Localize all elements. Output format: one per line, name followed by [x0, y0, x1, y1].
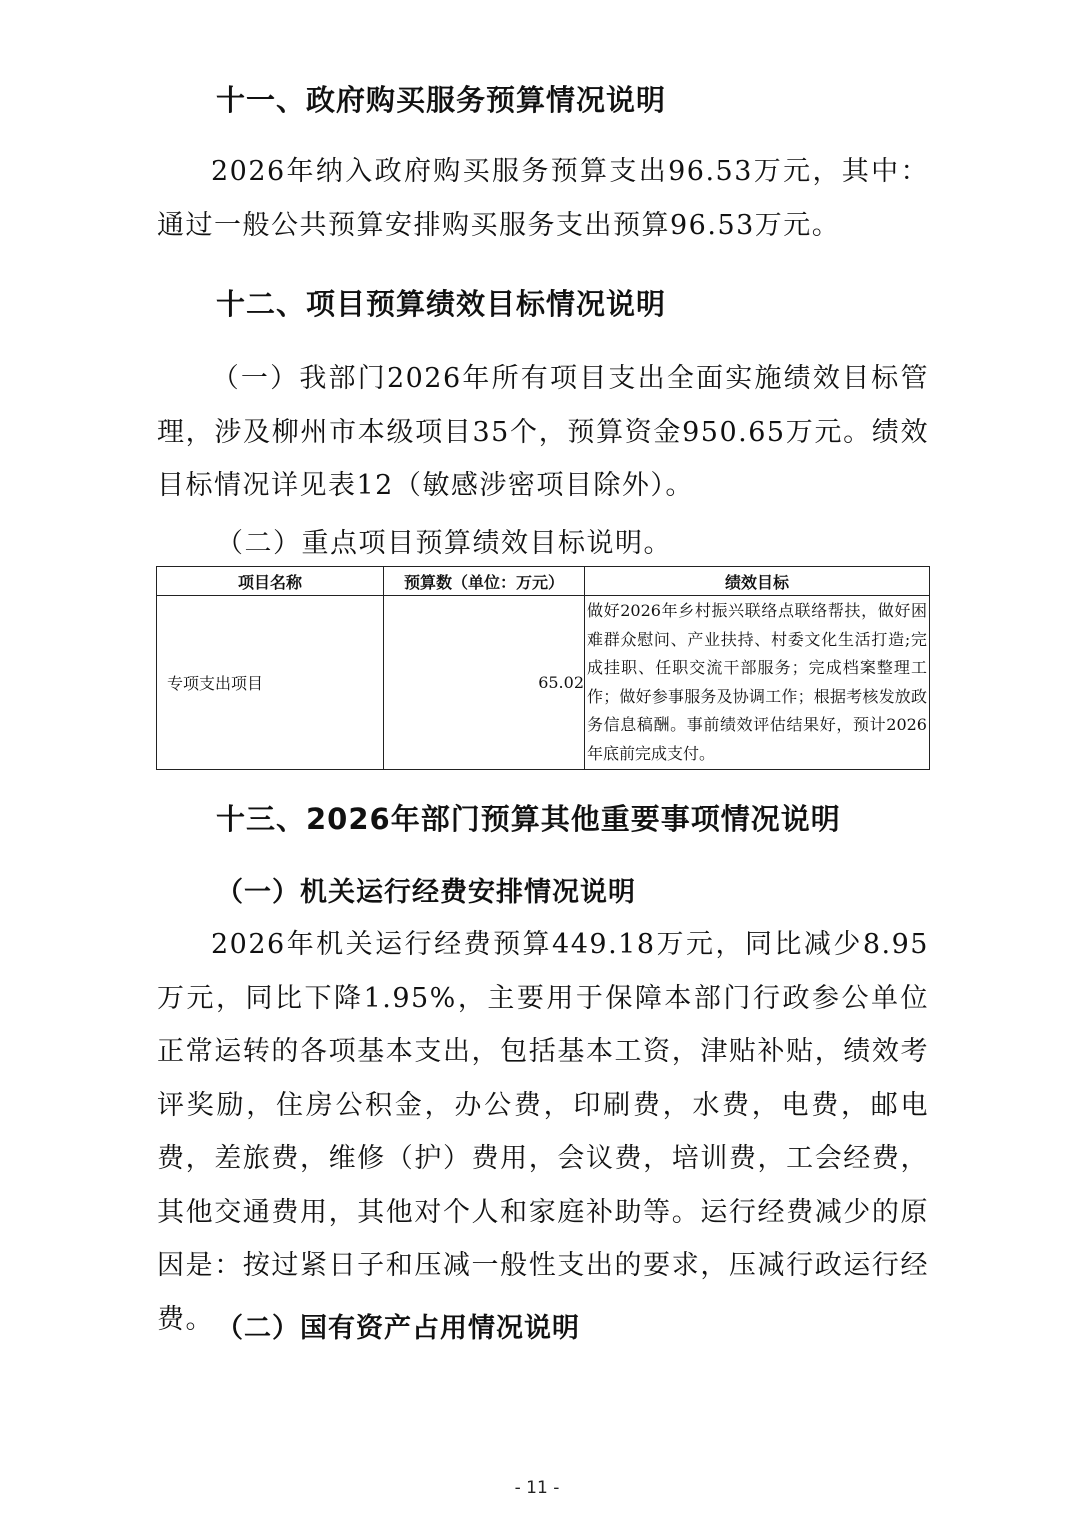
paragraph-text: 2026年机关运行经费预算449.18万元，同比减少8.95万元，同比下降1.9…: [157, 929, 929, 1335]
section-heading-12: 十二、项目预算绩效目标情况说明: [216, 282, 666, 323]
performance-table: 项目名称 预算数（单位：万元） 绩效目标 专项支出项目 65.02 做好2026…: [156, 566, 930, 770]
column-header-project-name: 项目名称: [157, 567, 384, 596]
paragraph-operating-costs: 2026年机关运行经费预算449.18万元，同比减少8.95万元，同比下降1.9…: [157, 918, 929, 1346]
paragraph-purchase-services: 2026年纳入政府购买服务预算支出96.53万元，其中：通过一般公共预算安排购买…: [157, 145, 929, 252]
column-header-goal: 绩效目标: [585, 567, 930, 596]
cell-project-name: 专项支出项目: [157, 596, 384, 770]
table-header-row: 项目名称 预算数（单位：万元） 绩效目标: [157, 567, 930, 596]
paragraph-text: 2026年纳入政府购买服务预算支出96.53万元，其中：通过一般公共预算安排购买…: [157, 156, 929, 241]
cell-performance-goal: 做好2026年乡村振兴联络点联络帮扶，做好困难群众慰问、产业扶持、村委文化生活打…: [585, 596, 930, 770]
section-heading-11: 十一、政府购买服务预算情况说明: [216, 78, 666, 119]
subheading-key-projects: （二）重点项目预算绩效目标说明。: [216, 521, 672, 560]
table-row: 专项支出项目 65.02 做好2026年乡村振兴联络点联络帮扶，做好困难群众慰问…: [157, 596, 930, 770]
subheading-operating-costs: （一）机关运行经费安排情况说明: [216, 870, 636, 909]
cell-budget-amount: 65.02: [384, 596, 585, 770]
paragraph-performance-goals: （一）我部门2026年所有项目支出全面实施绩效目标管理，涉及柳州市本级项目35个…: [157, 352, 929, 513]
page-number: - 11 -: [0, 1478, 1074, 1498]
subheading-state-assets: （二）国有资产占用情况说明: [216, 1306, 580, 1345]
column-header-budget: 预算数（单位：万元）: [384, 567, 585, 596]
section-heading-13: 十三、2026年部门预算其他重要事项情况说明: [216, 797, 841, 838]
paragraph-text: （一）我部门2026年所有项目支出全面实施绩效目标管理，涉及柳州市本级项目35个…: [157, 363, 929, 501]
